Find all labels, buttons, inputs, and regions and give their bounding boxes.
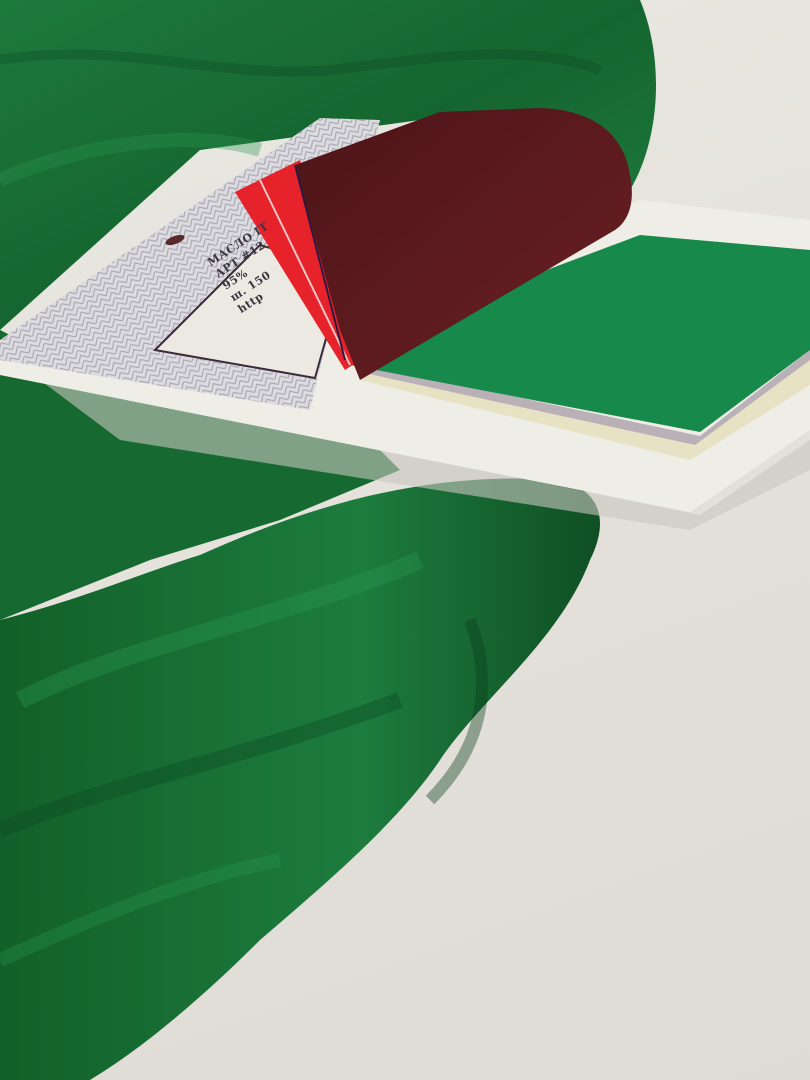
fabric-photo <box>0 0 810 1080</box>
photo-scene: МАСЛО IT АРТ #12 95% ш. 150 http <box>0 0 810 1080</box>
